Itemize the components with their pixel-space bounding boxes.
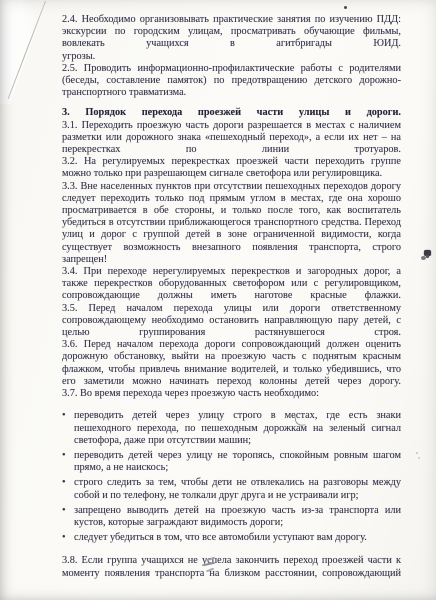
list-item-text: строго следить за тем, чтобы дети не отв… (74, 477, 401, 500)
bullet-icon: • (62, 505, 66, 517)
paragraph-3-8: 3.8. Если группа учащихся не успела зако… (62, 555, 401, 579)
bullet-icon: • (62, 477, 66, 489)
paper-speck (416, 452, 418, 454)
paragraph-3-4: 3.4. При переходе нерегулируемых перекре… (62, 266, 401, 303)
document-text: 2.4. Необходимо организовывать практичес… (62, 14, 401, 580)
paragraph-3-3: 3.3. Вне населенных пунктов при отсутств… (62, 181, 401, 266)
bullet-icon: • (62, 532, 66, 544)
paragraph-2-4: 2.4. Необходимо организовывать практичес… (62, 14, 401, 51)
dust-speck (344, 6, 347, 9)
list-item-text: переводить детей через улицу строго в ме… (74, 410, 401, 445)
list-item-text: запрещено выводить детей на проезжую час… (74, 505, 401, 528)
list-item-text: следует убедиться в том, что все автомоб… (74, 532, 367, 543)
paragraph-2-5: 2.5. Проводить информационно-профилактич… (62, 63, 401, 100)
section-3-heading: 3. Порядок перехода проезжей части улицы… (62, 107, 401, 119)
paragraph-3-7: 3.7. Во время перехода через проезжую ча… (62, 388, 401, 400)
list-item: • запрещено выводить детей на проезжую ч… (62, 505, 401, 529)
rules-bullet-list: • переводить детей через улицу строго в … (62, 410, 401, 544)
pencil-scribble (202, 556, 218, 574)
paragraph-3-6: 3.6. Перед началом перехода дороги сопро… (62, 339, 401, 388)
list-item: • следует убедиться в том, что все автом… (62, 532, 401, 544)
list-item: • переводить детей через улицу строго в … (62, 410, 401, 447)
list-item-text: переводить детей через улицу не торопясь… (74, 450, 401, 473)
bullet-icon: • (62, 410, 66, 422)
paragraph-3-5: 3.5. Перед началом перехода улицы или до… (62, 303, 401, 340)
paragraph-3-2: 3.2. На регулируемых перекрестках проезж… (62, 156, 401, 180)
list-item: • строго следить за тем, чтобы дети не о… (62, 477, 401, 501)
bullet-icon: • (62, 450, 66, 462)
ink-smudge (419, 249, 431, 262)
list-item: • переводить детей через улицу не торопя… (62, 450, 401, 474)
orphan-line: угрозы. (62, 51, 401, 63)
scanned-document-page: 2.4. Необходимо организовывать практичес… (0, 0, 436, 600)
paragraph-3-1: 3.1. Переходить проезжую часть дороги ра… (62, 120, 401, 157)
